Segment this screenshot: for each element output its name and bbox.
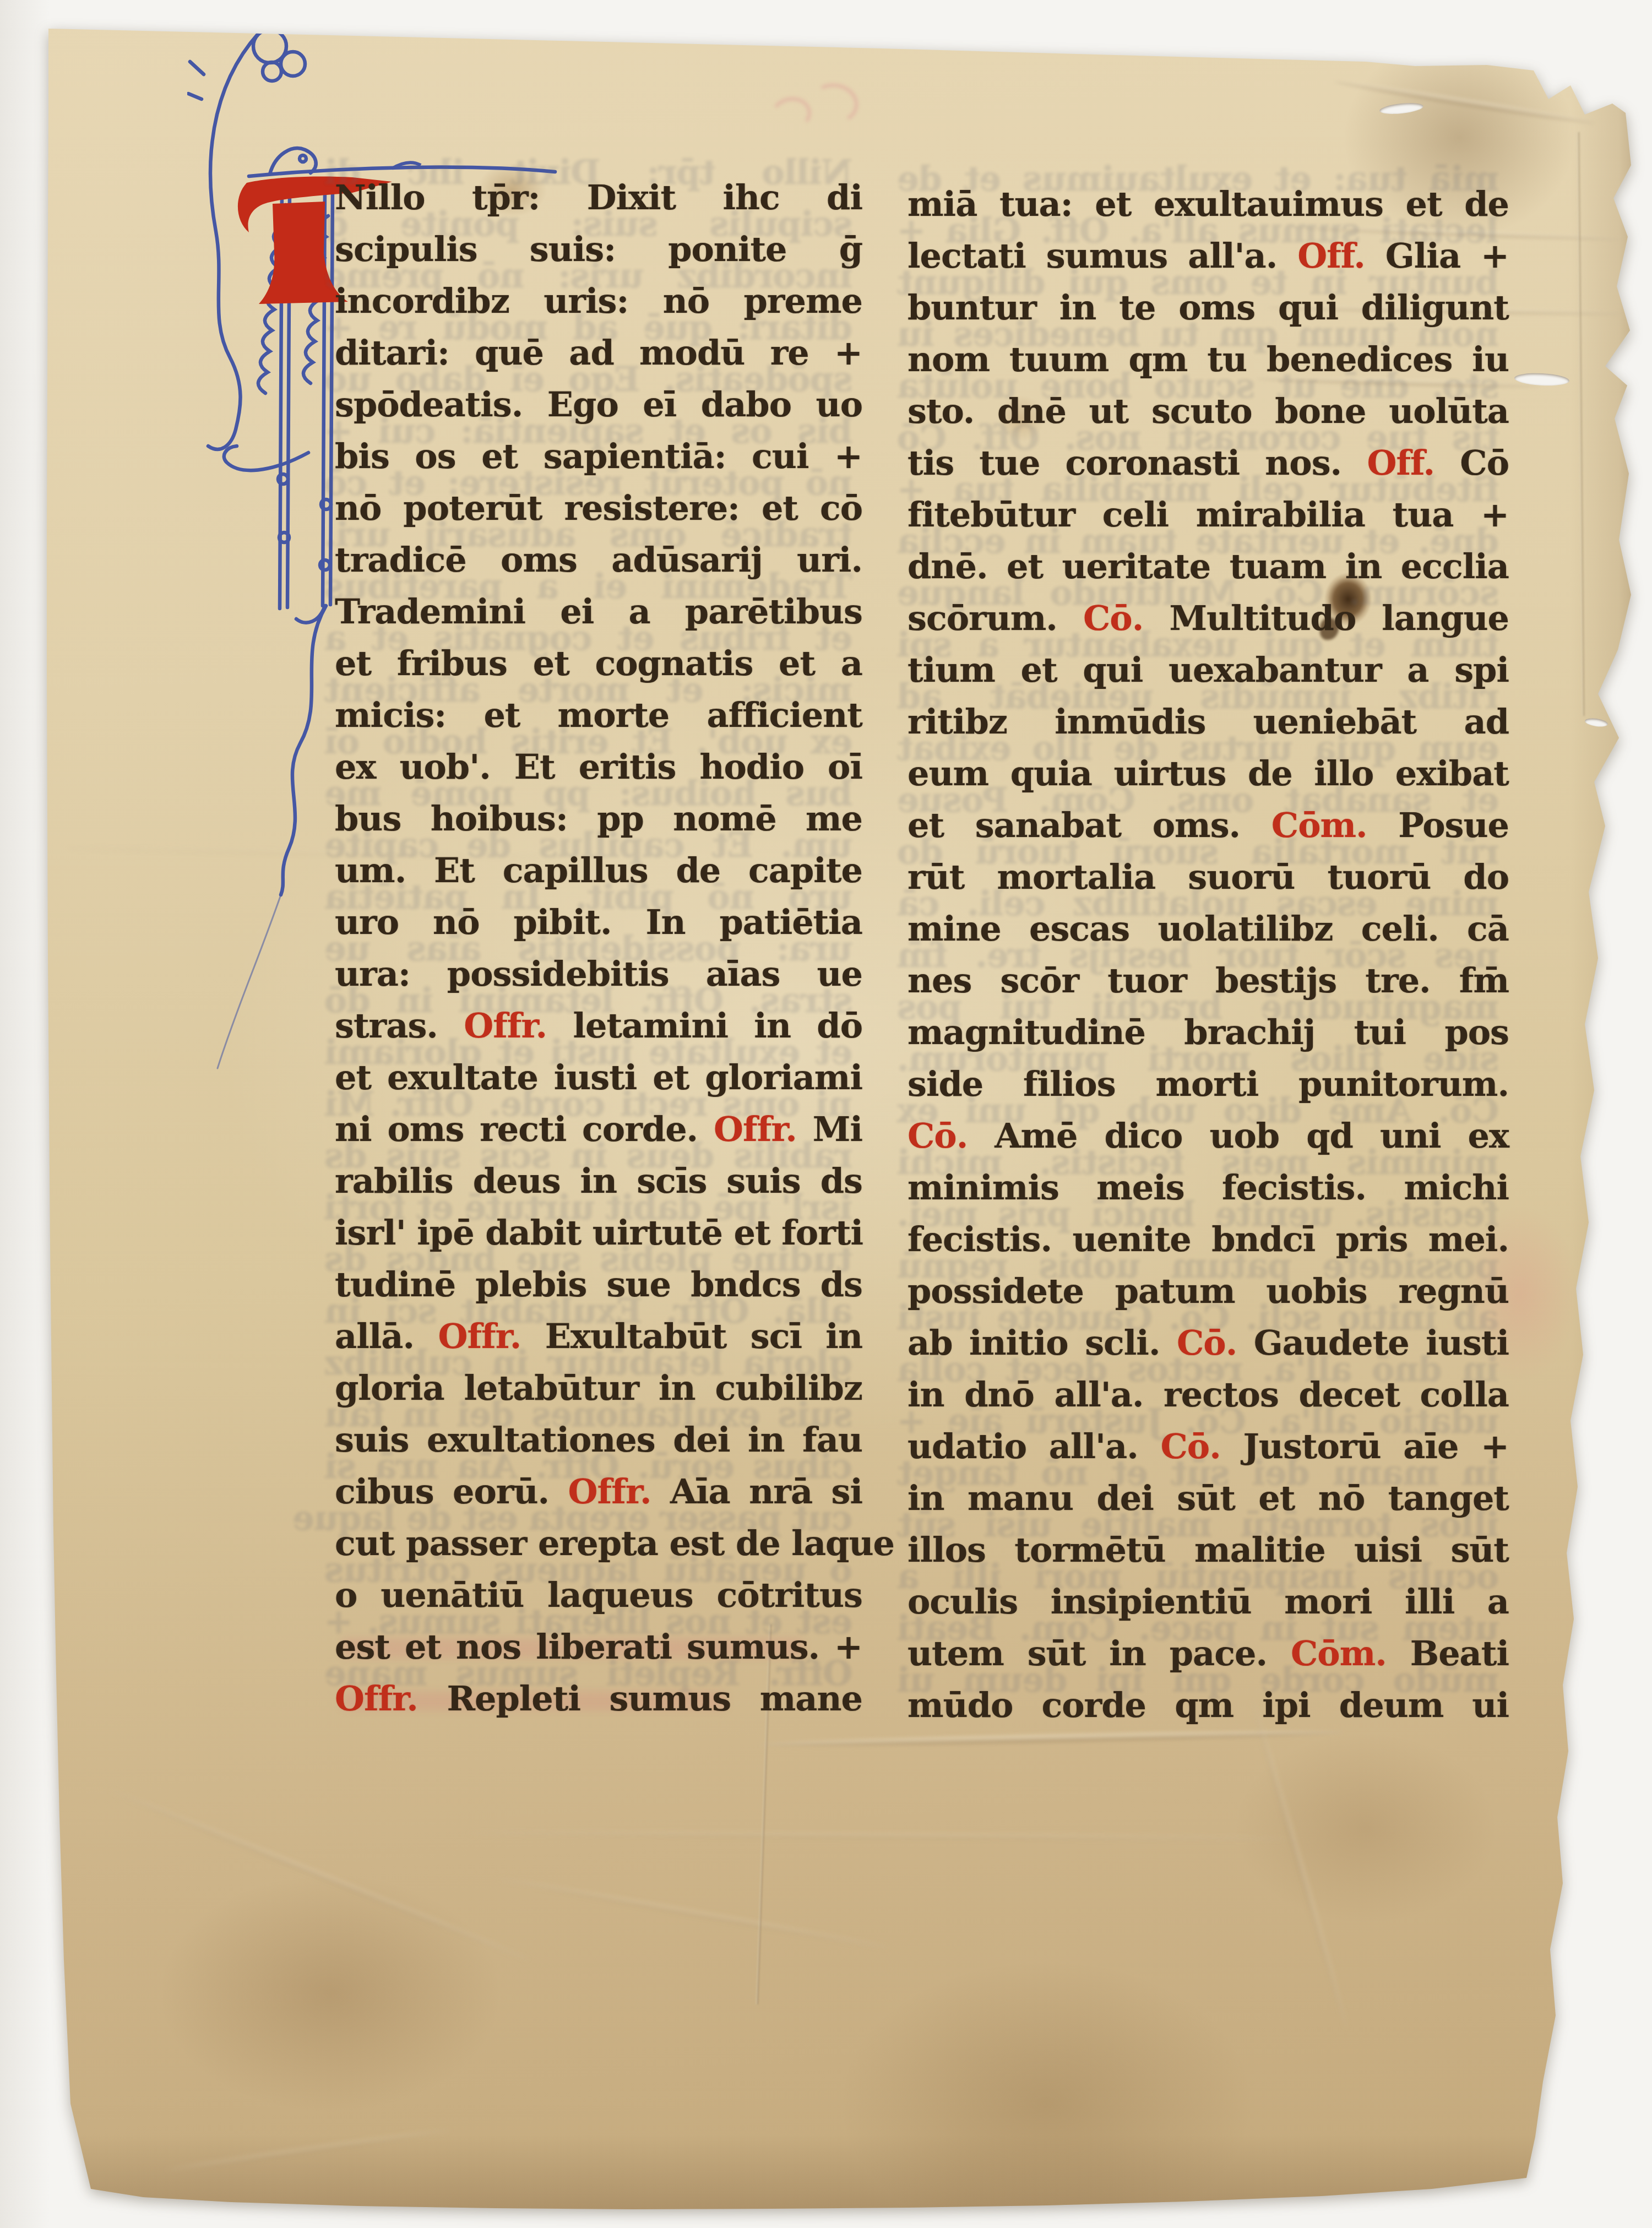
- text-line: tradicē oms adūsarij uri.: [335, 540, 862, 591]
- flourish-bud: [281, 52, 305, 76]
- text-line: nom tuum qm tu benedices iu: [907, 339, 1509, 391]
- text-line: et exultate iusti et gloriami: [335, 1057, 862, 1109]
- rubric-abbreviation: Cō.: [1177, 1323, 1237, 1363]
- text-line: scipulis suis: ponite ḡ: [335, 229, 862, 281]
- crease-line: [166, 2128, 450, 2172]
- text-line: illos tormētū malitie uisi sūt: [907, 1530, 1509, 1582]
- text-line: Nillo tp̄r: Dixit ihc di: [335, 177, 862, 229]
- text-line: scōrum. Cō. Multitudo langue: [907, 598, 1509, 650]
- rubric-abbreviation: Offr.: [464, 1006, 547, 1046]
- flourish-eye: [300, 155, 306, 162]
- rubric-abbreviation: Cō.: [907, 1116, 968, 1156]
- rubric-abbreviation: Offr.: [714, 1109, 797, 1149]
- column-right: miā tua: et exultauimus et delectati sum…: [907, 184, 1509, 1737]
- text-line: utem sūt in pace. Cōm. Beati: [907, 1633, 1509, 1685]
- text-line: stras. Offr. letamini in dō: [335, 1006, 862, 1057]
- text-line: Cō. Amē dico uob qd uni ex: [907, 1116, 1509, 1167]
- flourish-tail: [281, 606, 326, 895]
- text-line: side filios morti punitorum.: [907, 1064, 1509, 1116]
- flourish-left-curve: [208, 33, 259, 449]
- text-line: uro nō pibit. In patiētia: [335, 902, 862, 954]
- crease-line: [109, 1788, 530, 1962]
- text-line: mine escas uolatilibz celi. cā: [907, 909, 1509, 960]
- text-line: et fribus et cognatis et a: [335, 643, 862, 695]
- text-line: cibus eorū. Offr. Aīa nrā si: [335, 1471, 862, 1523]
- text-line: Trademini ei a parētibus: [335, 591, 862, 643]
- text-line: in manu dei sūt et nō tanget: [907, 1478, 1509, 1530]
- crease-line: [498, 1877, 890, 1950]
- rubric-abbreviation: Offr.: [335, 1678, 418, 1719]
- tear-hole: [1379, 101, 1423, 116]
- ink-specks: [0, 0, 1, 1]
- text-line: ditari: quē ad modū re +: [335, 333, 862, 384]
- text-line: ritibz inmūdis ueniebāt ad: [907, 702, 1509, 753]
- text-line: bis os et sapientiā: cui +: [335, 436, 862, 488]
- text-line: et sanabat oms. Cōm. Posue: [907, 805, 1509, 857]
- text-line: in dnō all'a. rectos decet colla: [907, 1374, 1509, 1426]
- text-line: gloria letabūtur in cubilibz: [335, 1368, 862, 1420]
- text-line: bus hoibus: pp nomē me: [335, 798, 862, 850]
- text-line: cut passer erepta est de laque: [335, 1523, 862, 1575]
- faint-red-mark: [762, 72, 874, 143]
- rubric-abbreviation: Off.: [1367, 443, 1434, 483]
- rubric-abbreviation: Offr.: [568, 1471, 651, 1512]
- crease-line: [1250, 1699, 1350, 2029]
- text-line: um. Et capillus de capite: [335, 850, 862, 902]
- text-line: ab initio scli. Cō. Gaudete iusti: [907, 1323, 1509, 1374]
- crease-line: [1334, 79, 1596, 127]
- flourish-loop: [278, 474, 288, 484]
- text-line: tudinē plebis sue bndcs ds: [335, 1264, 862, 1316]
- flourish-flatcurl: [224, 446, 308, 470]
- rubric-abbreviation: Off.: [1297, 236, 1365, 276]
- flourish-bud: [263, 62, 281, 81]
- text-line: sto. dnē ut scuto bone uolūta: [907, 391, 1509, 443]
- text-line: dnē. et ueritate tuam in ecclia: [907, 546, 1509, 598]
- text-line: eum quia uirtus de illo exibat: [907, 753, 1509, 805]
- rubric-abbreviation: Cōm.: [1271, 805, 1367, 845]
- text-line: micis: et morte afficient: [335, 695, 862, 747]
- text-line: Offr. Repleti sumus mane: [335, 1678, 862, 1730]
- text-line: ni oms recti corde. Offr. Mi: [335, 1109, 862, 1161]
- text-line: rūt mortalia suorū tuorū do: [907, 857, 1509, 909]
- rubric-abbreviation: Cōm.: [1291, 1633, 1387, 1673]
- text-line: buntur in te oms qui diligunt: [907, 287, 1509, 339]
- leaf-shadow-wrap: I Nillo tp̄r: Dixit ihc discipulis suis:…: [0, 0, 1652, 2228]
- text-line: tium et qui uexabantur a spi: [907, 650, 1509, 702]
- flourish-tick: [188, 62, 204, 99]
- column-left: Nillo tp̄r: Dixit ihc discipulis suis: p…: [335, 177, 862, 1730]
- text-line: nes scōr tuor bestijs tre. fm̄: [907, 960, 1509, 1012]
- text-line: mūdo corde qm ipi deum ui: [907, 1685, 1509, 1737]
- column-right-main: miā tua: et exultauimus et delectati sum…: [907, 184, 1509, 1737]
- text-line: o uenātiū laqueus cōtritus: [335, 1575, 862, 1627]
- text-line: suis exultationes dei in fau: [335, 1420, 862, 1471]
- text-line: minimis meis fecistis. michi: [907, 1167, 1509, 1219]
- text-line: tis tue coronasti nos. Off. Cō: [907, 443, 1509, 494]
- column-left-main: Nillo tp̄r: Dixit ihc discipulis suis: p…: [335, 177, 862, 1730]
- flourish-loop: [279, 532, 289, 542]
- text-line: udatio all'a. Cō. Justorū aīe +: [907, 1426, 1509, 1478]
- flourish-tail-faint: [218, 895, 281, 1068]
- crease-line: [468, 1831, 1294, 1841]
- rubric-abbreviation: Cō.: [1161, 1426, 1221, 1466]
- text-line: lectati sumus all'a. Off. Glia +: [907, 236, 1509, 287]
- rubric-abbreviation: Offr.: [438, 1316, 521, 1356]
- text-line: rabilis deus in scīs suis ds: [335, 1161, 862, 1213]
- text-line: est et nos liberati sumus. +: [335, 1627, 862, 1678]
- text-line: possidete patum uobis regnū: [907, 1271, 1509, 1323]
- tear-hole: [1584, 717, 1608, 728]
- rubric-abbreviation: Cō.: [1083, 598, 1143, 638]
- scanner-background: I Nillo tp̄r: Dixit ihc discipulis suis:…: [0, 0, 1652, 2228]
- text-line: fecistis. uenite bndcī pris mei.: [907, 1219, 1509, 1271]
- text-line: isrl' ipē dabit uirtutē et forti: [335, 1213, 862, 1264]
- text-line: fitebūtur celi mirabilia tua +: [907, 494, 1509, 546]
- text-line: nō poterūt resistere: et cō: [335, 488, 862, 540]
- manuscript-leaf: I Nillo tp̄r: Dixit ihc discipulis suis:…: [0, 0, 1652, 2228]
- text-line: spōdeatis. Ego eī dabo uo: [335, 384, 862, 436]
- text-line: magnitudinē brachij tui pos: [907, 1012, 1509, 1064]
- text-line: oculis insipientiū mori illi a: [907, 1582, 1509, 1633]
- vertical-crack: [1577, 132, 1584, 716]
- tear-hole: [1514, 372, 1569, 387]
- initial-letter-value: I: [0, 0, 1, 1]
- text-line: incordibz uris: nō preme: [335, 281, 862, 333]
- text-line: ura: possidebitis aīas ue: [335, 954, 862, 1006]
- text-line: ex uob'. Et eritis hodio oī: [335, 747, 862, 798]
- text-line: allā. Offr. Exultabūt scī in: [335, 1316, 862, 1368]
- text-line: miā tua: et exultauimus et de: [907, 184, 1509, 236]
